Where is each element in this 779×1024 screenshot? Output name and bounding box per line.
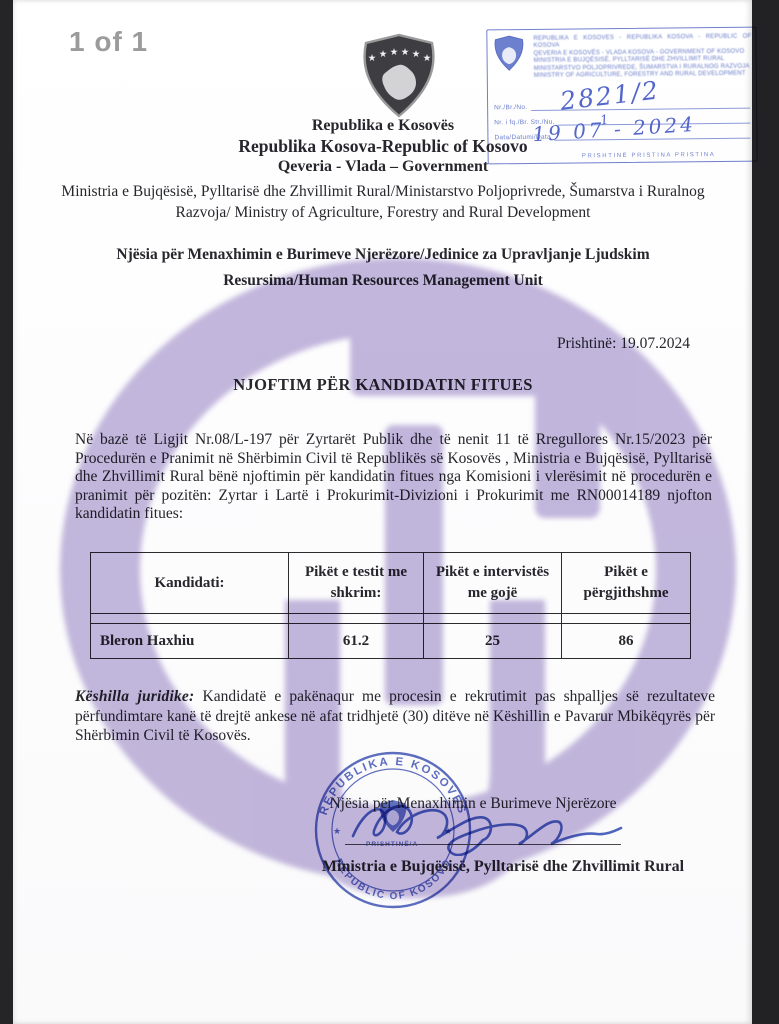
svg-text:★: ★	[379, 49, 388, 60]
signature-scribble	[343, 790, 633, 856]
registry-stamp-emblem-icon	[493, 35, 524, 72]
candidate-name: Bleron Haxhiu	[91, 624, 289, 659]
svg-text:★: ★	[412, 49, 421, 60]
body-paragraph: Në bazë të Ligjit Nr.08/L-197 për Zyrtar…	[75, 431, 712, 524]
legal-notice: Këshilla juridike: Kandidatë e pakënaqur…	[75, 687, 715, 746]
column-header-total: Pikët e përgjithshme	[562, 553, 691, 614]
svg-text:★: ★	[390, 47, 399, 58]
results-table: Kandidati: Pikët e testit me shkrim: Pik…	[90, 552, 691, 659]
legal-label: Këshilla juridike:	[75, 688, 194, 705]
letterhead-republic-sq: Republika e Kosovës	[43, 117, 723, 135]
registry-number-label: Nr./Br./No.	[494, 104, 527, 111]
svg-text:★: ★	[333, 827, 341, 837]
score-total: 86	[562, 624, 691, 659]
letterhead-government: Qeveria - Vlada – Government	[43, 158, 723, 176]
letterhead-republic-multi: Republika Kosova-Republic of Kosovo	[43, 136, 723, 157]
svg-text:★: ★	[368, 53, 377, 64]
signature-ministry-line: Ministria e Bujqësisë, Pylltarisë dhe Zh…	[253, 858, 753, 876]
score-interview: 25	[424, 624, 562, 659]
candidate-row: Bleron Haxhiu 61.2 25 86	[91, 624, 691, 659]
column-header-interview: Pikët e intervistës me gojë	[424, 553, 562, 614]
unit-line-2: Resursima/Human Resources Management Uni…	[43, 272, 723, 290]
column-header-candidate: Kandidati:	[91, 553, 289, 614]
registry-stamp-org-lines: REPUBLIKA E KOSOVËS - REPUBLIKA KOSOVA -…	[533, 34, 751, 81]
notice-title: NJOFTIM PËR KANDIDATIN FITUES	[43, 375, 723, 395]
kosovo-coat-of-arms-icon: ★★★ ★★★	[353, 32, 445, 120]
column-header-written-test: Pikët e testit me shkrim:	[289, 553, 424, 614]
svg-text:★: ★	[423, 53, 432, 64]
score-written-test: 61.2	[289, 624, 424, 659]
table-spacer-row	[91, 614, 691, 624]
paper: 1 of 1 ★★★ ★★★ REPUBLIKA E KOSOVËS - REP…	[13, 0, 752, 1024]
left-bezel	[0, 0, 13, 1024]
table-header-row: Kandidati: Pikët e testit me shkrim: Pik…	[91, 553, 691, 614]
place-date-line: Prishtinë: 19.07.2024	[393, 335, 690, 353]
unit-line-1: Njësia për Menaxhimin e Burimeve Njerëzo…	[43, 246, 723, 264]
page-indicator: 1 of 1	[69, 26, 148, 58]
svg-text:★: ★	[401, 47, 410, 58]
letterhead-ministry: Ministria e Bujqësisë, Pylltarisë dhe Zh…	[61, 181, 705, 223]
